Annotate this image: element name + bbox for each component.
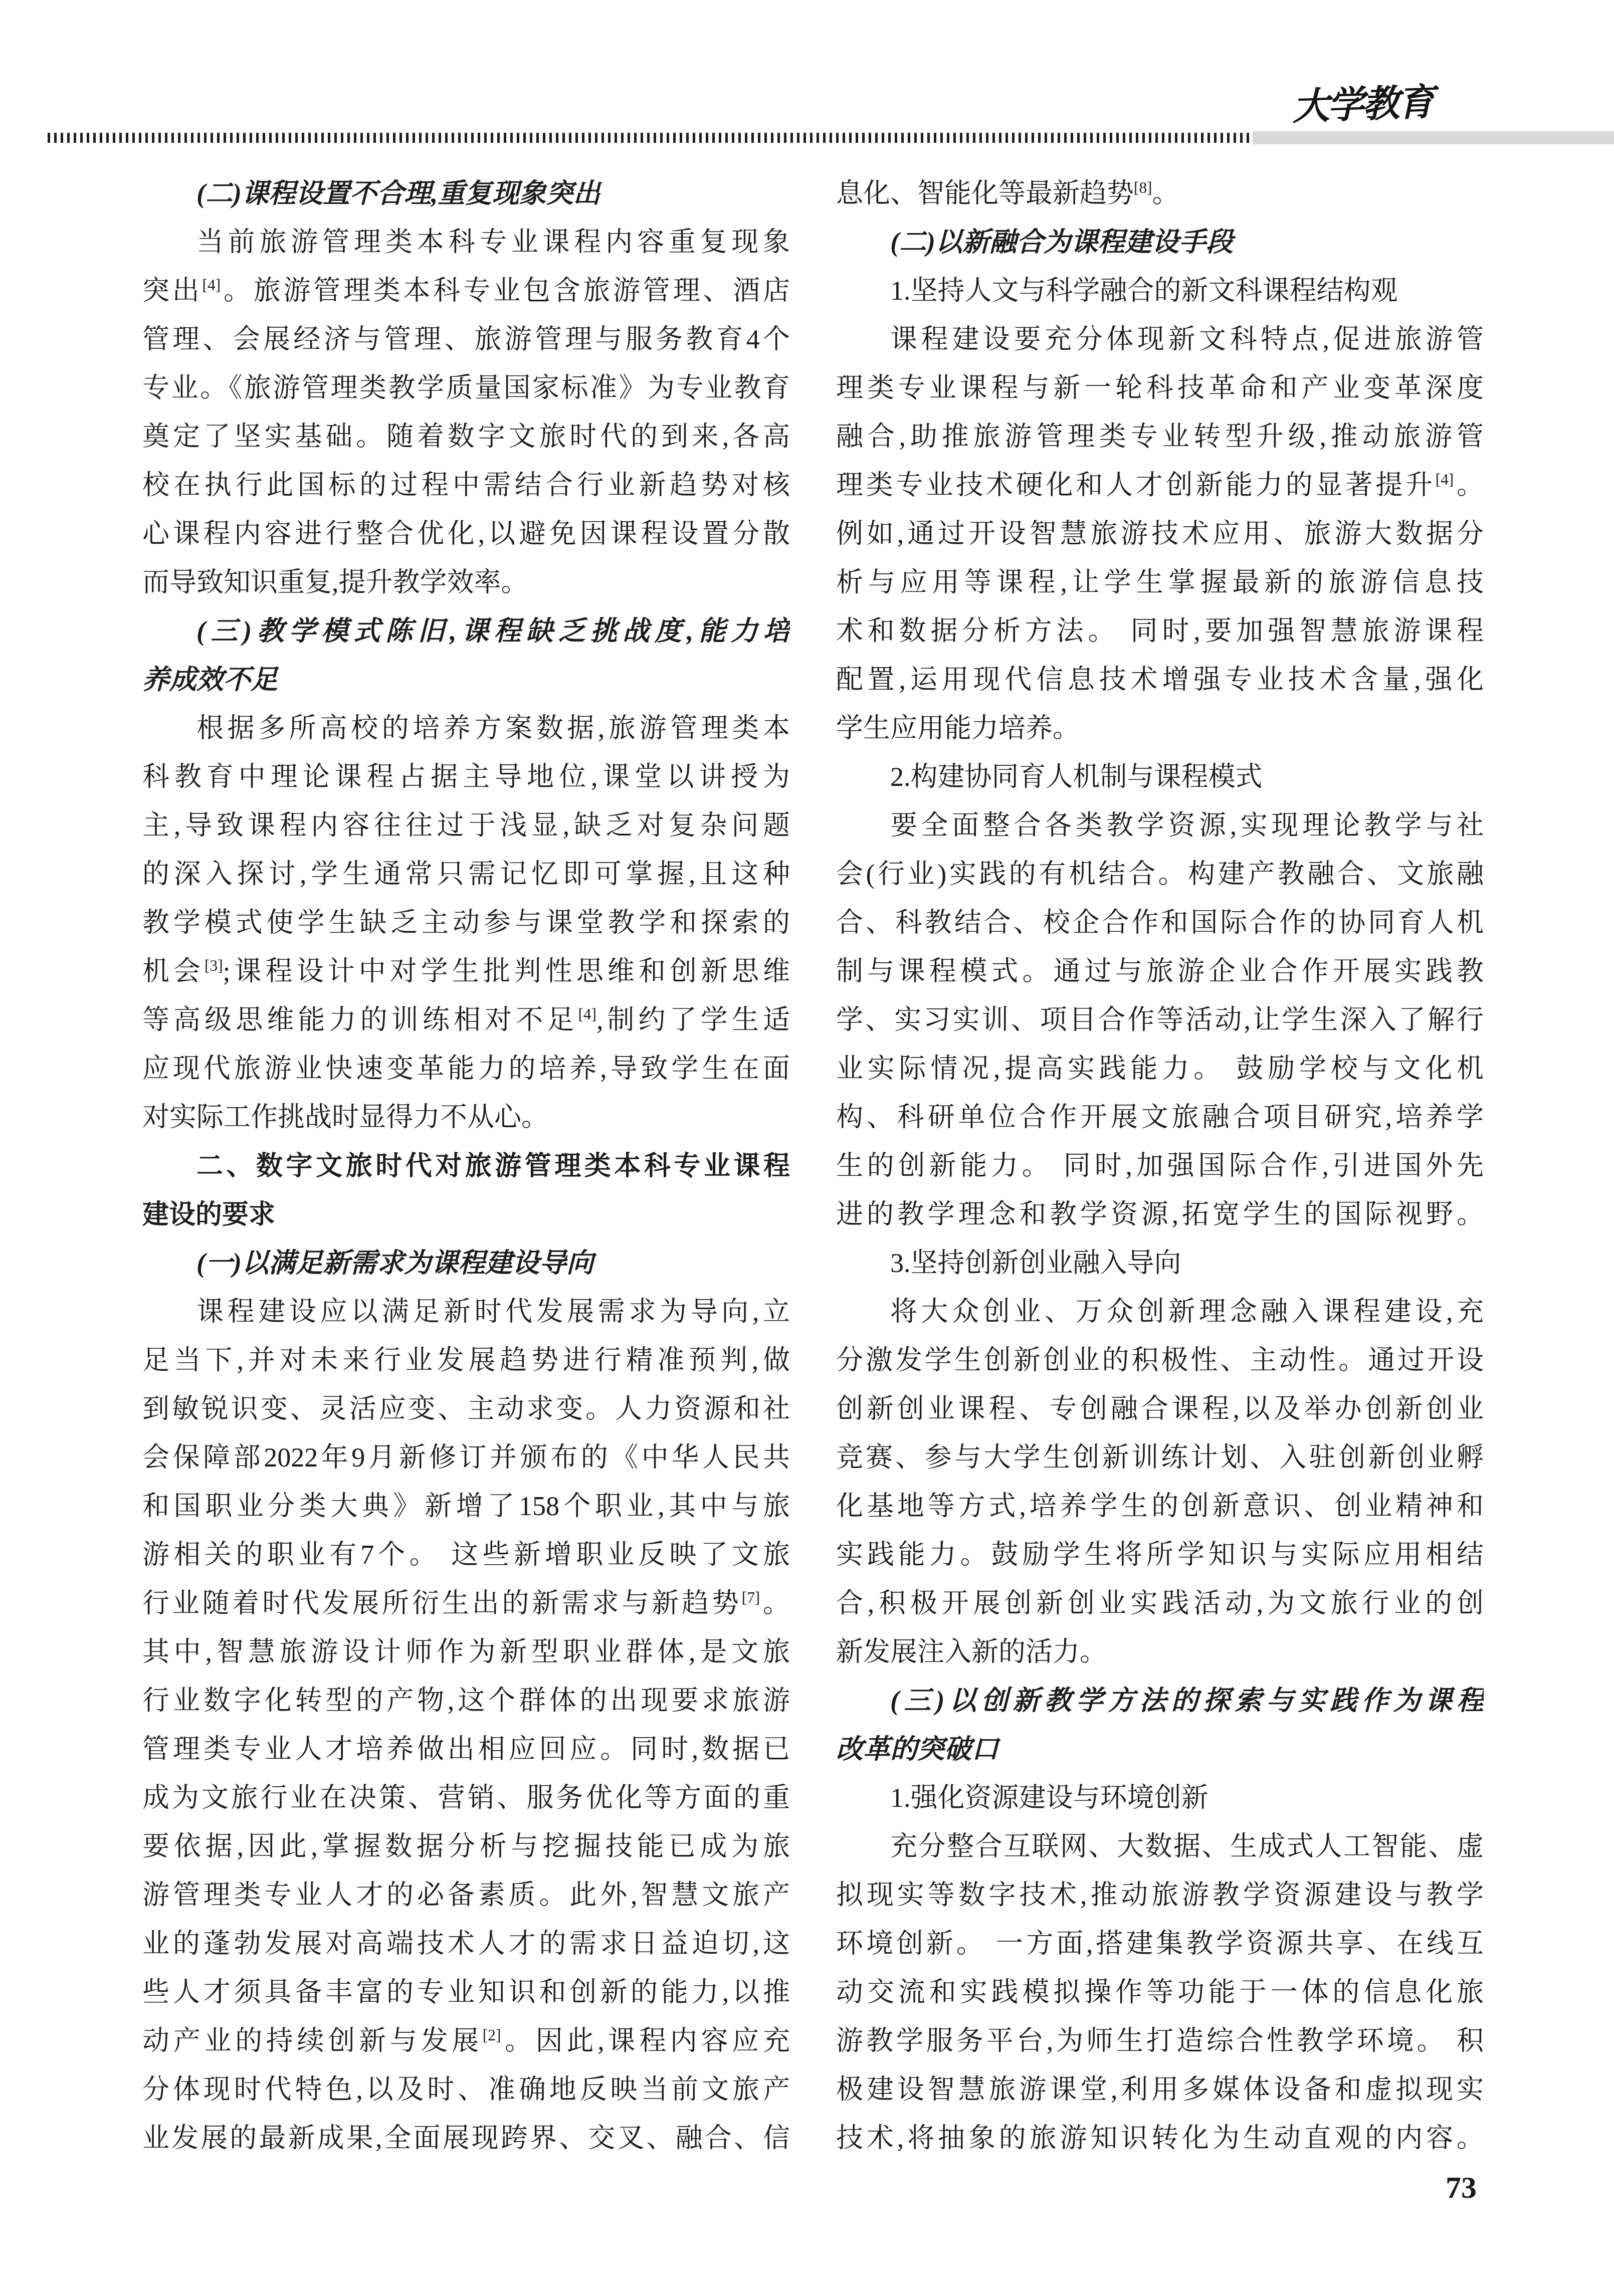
text-line: 突出[4]。旅游管理类本科专业包含旅游管理、酒店 — [142, 267, 790, 315]
text-line: 技术,将抽象的旅游知识转化为生动直观的内容。 — [836, 2114, 1484, 2163]
text-line: 分激发学生创新创业的积极性、主动性。通过开设 — [836, 1336, 1484, 1385]
text-line: 术和数据分析方法。 同时,要加强智慧旅游课程 — [836, 607, 1484, 656]
text-line: 生的创新能力。 同时,加强国际合作,引进国外先 — [836, 1142, 1484, 1190]
text-line: 游相关的职业有7个。 这些新增职业反映了文旅 — [142, 1531, 790, 1579]
text-line: 竞赛、参与大学生创新训练计划、入驻创新创业孵 — [836, 1433, 1484, 1482]
text-line: 3.坚持创新创业融入导向 — [836, 1239, 1484, 1288]
text-line: 的深入探讨,学生通常只需记忆即可掌握,且这种 — [142, 850, 790, 899]
text-line: 新发展注入新的活力。 — [836, 1628, 1484, 1677]
text-line: 将大众创业、万众创新理念融入课程建设,充 — [836, 1288, 1484, 1336]
text-line: 应现代旅游业快速变革能力的培养,导致学生在面 — [142, 1045, 790, 1093]
text-line: 游管理类专业人才的必备素质。此外,智慧文旅产 — [142, 1871, 790, 1920]
text-line: 而导致知识重复,提升教学效率。 — [142, 558, 790, 607]
text-line: (二)以新融合为课程建设手段 — [836, 218, 1484, 267]
text-line: 专业。《旅游管理类教学质量国家标准》为专业教育 — [142, 364, 790, 412]
text-line: 例如,通过开设智慧旅游技术应用、旅游大数据分 — [836, 510, 1484, 558]
text-line: 根据多所高校的培养方案数据,旅游管理类本 — [142, 704, 790, 753]
right-column: 息化、智能化等最新趋势[8]。(二)以新融合为课程建设手段1.坚持人文与科学融合… — [836, 169, 1484, 2163]
text-line: 1.坚持人文与科学融合的新文科课程结构观 — [836, 267, 1484, 315]
text-line: 学生应用能力培养。 — [836, 704, 1484, 753]
text-line: 到敏锐识变、灵活应变、主动求变。人力资源和社 — [142, 1385, 790, 1433]
text-line: 业实际情况,提高实践能力。 鼓励学校与文化机 — [836, 1045, 1484, 1093]
text-line: 环境创新。 一方面,搭建集教学资源共享、在线互 — [836, 1920, 1484, 1968]
text-line: 融合,助推旅游管理类专业转型升级,推动旅游管 — [836, 412, 1484, 461]
text-line: 配置,运用现代信息技术增强专业技术含量,强化 — [836, 656, 1484, 704]
text-line: 管理、会展经济与管理、旅游管理与服务教育4个 — [142, 315, 790, 364]
text-line: 充分整合互联网、大数据、生成式人工智能、虚 — [836, 1822, 1484, 1871]
text-line: 1.强化资源建设与环境创新 — [836, 1774, 1484, 1822]
text-line: 足当下,并对未来行业发展趋势进行精准预判,做 — [142, 1336, 790, 1385]
text-line: 心课程内容进行整合优化,以避免因课程设置分散 — [142, 510, 790, 558]
text-line: 化基地等方式,培养学生的创新意识、创业精神和 — [836, 1482, 1484, 1531]
journal-logo: 大学教育 — [1291, 73, 1424, 137]
text-line: 要依据,因此,掌握数据分析与挖掘技能已成为旅 — [142, 1822, 790, 1871]
left-column: (二)课程设置不合理,重复现象突出当前旅游管理类本科专业课程内容重复现象突出[4… — [142, 169, 790, 2163]
text-line: 业的蓬勃发展对高端技术人才的需求日益迫切,这 — [142, 1920, 790, 1968]
text-line: 创新创业课程、专创融合课程,以及举办创新创业 — [836, 1385, 1484, 1433]
header-dotted-rule — [48, 133, 1253, 143]
text-line: 合,积极开展创新创业实践活动,为文旅行业的创 — [836, 1579, 1484, 1628]
text-line: 合、科教结合、校企合作和国际合作的协同育人机 — [836, 899, 1484, 947]
text-line: (一)以满足新需求为课程建设导向 — [142, 1239, 790, 1288]
text-line: 行业随着时代发展所衍生出的新需求与新趋势[7]。 — [142, 1579, 790, 1628]
text-line: 对实际工作挑战时显得力不从心。 — [142, 1093, 790, 1142]
text-line: 会保障部2022年9月新修订并颁布的《中华人民共 — [142, 1433, 790, 1482]
text-line: 课程建设应以满足新时代发展需求为导向,立 — [142, 1288, 790, 1336]
text-line: (三)教学模式陈旧,课程缺乏挑战度,能力培 — [142, 607, 790, 656]
page-number: 73 — [1446, 2170, 1477, 2206]
text-line: 养成效不足 — [142, 656, 790, 704]
header-gray-bar — [1253, 131, 1614, 144]
text-line: 制与课程模式。通过与旅游企业合作开展实践教 — [836, 947, 1484, 996]
text-line: 主,导致课程内容往往过于浅显,缺乏对复杂问题 — [142, 801, 790, 850]
text-line: 实践能力。鼓励学生将所学知识与实际应用相结 — [836, 1531, 1484, 1579]
text-line: 分体现时代特色,以及时、准确地反映当前文旅产 — [142, 2065, 790, 2114]
text-line: 科教育中理论课程占据主导地位,课堂以讲授为 — [142, 753, 790, 801]
text-line: 二、数字文旅时代对旅游管理类本科专业课程 — [142, 1142, 790, 1190]
text-line: 动产业的持续创新与发展[2]。因此,课程内容应充 — [142, 2017, 790, 2065]
text-line: 会(行业)实践的有机结合。构建产教融合、文旅融 — [836, 850, 1484, 899]
journal-page: 大学教育 (二)课程设置不合理,重复现象突出当前旅游管理类本科专业课程内容重复现… — [0, 0, 1614, 2296]
text-line: 行业数字化转型的产物,这个群体的出现要求旅游 — [142, 1677, 790, 1725]
text-line: 当前旅游管理类本科专业课程内容重复现象 — [142, 218, 790, 267]
text-line: 要全面整合各类教学资源,实现理论教学与社 — [836, 801, 1484, 850]
text-line: 和国职业分类大典》新增了158个职业,其中与旅 — [142, 1482, 790, 1531]
text-line: 奠定了坚实基础。随着数字文旅时代的到来,各高 — [142, 412, 790, 461]
text-line: 学、实习实训、项目合作等活动,让学生深入了解行 — [836, 996, 1484, 1045]
text-line: 2.构建协同育人机制与课程模式 — [836, 753, 1484, 801]
text-line: 教学模式使学生缺乏主动参与课堂教学和探索的 — [142, 899, 790, 947]
text-line: 校在执行此国标的过程中需结合行业新趋势对核 — [142, 461, 790, 510]
text-line: 理类专业技术硬化和人才创新能力的显著提升[4]。 — [836, 461, 1484, 510]
text-line: 游教学服务平台,为师生打造综合性教学环境。 积 — [836, 2017, 1484, 2065]
text-line: 业发展的最新成果,全面展现跨界、交叉、融合、信 — [142, 2114, 790, 2163]
text-line: 机会[3];课程设计中对学生批判性思维和创新思维 — [142, 947, 790, 996]
text-line: 管理类专业人才培养做出相应回应。同时,数据已 — [142, 1725, 790, 1774]
text-line: 构、科研单位合作开展文旅融合项目研究,培养学 — [836, 1093, 1484, 1142]
text-line: 其中,智慧旅游设计师作为新型职业群体,是文旅 — [142, 1628, 790, 1677]
text-line: 理类专业课程与新一轮科技革命和产业变革深度 — [836, 364, 1484, 412]
text-line: 建设的要求 — [142, 1190, 790, 1239]
text-line: (三)以创新教学方法的探索与实践作为课程 — [836, 1677, 1484, 1725]
text-line: 拟现实等数字技术,推动旅游教学资源建设与教学 — [836, 1871, 1484, 1920]
text-line: 进的教学理念和教学资源,拓宽学生的国际视野。 — [836, 1190, 1484, 1239]
text-line: 改革的突破口 — [836, 1725, 1484, 1774]
text-line: 动交流和实践模拟操作等功能于一体的信息化旅 — [836, 1968, 1484, 2017]
text-line: 些人才须具备丰富的专业知识和创新的能力,以推 — [142, 1968, 790, 2017]
text-line: 成为文旅行业在决策、营销、服务优化等方面的重 — [142, 1774, 790, 1822]
text-line: 极建设智慧旅游课堂,利用多媒体设备和虚拟现实 — [836, 2065, 1484, 2114]
text-line: 息化、智能化等最新趋势[8]。 — [836, 169, 1484, 218]
text-line: 析与应用等课程,让学生掌握最新的旅游信息技 — [836, 558, 1484, 607]
text-line: 等高级思维能力的训练相对不足[4],制约了学生适 — [142, 996, 790, 1045]
text-line: 课程建设要充分体现新文科特点,促进旅游管 — [836, 315, 1484, 364]
text-line: (二)课程设置不合理,重复现象突出 — [142, 169, 790, 218]
